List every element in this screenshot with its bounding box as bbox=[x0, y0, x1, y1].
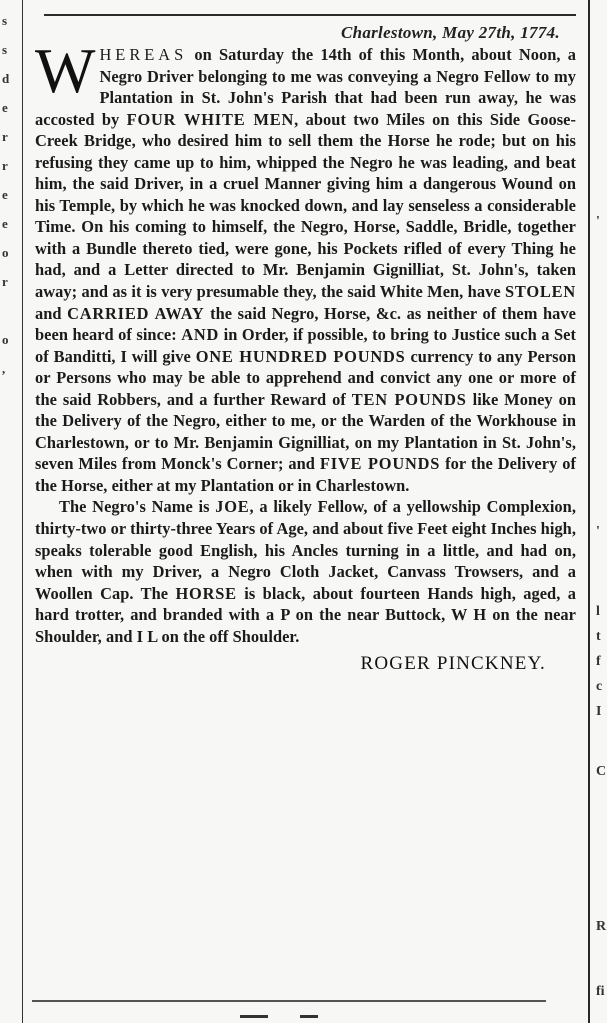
emphasis-caps: ONE HUNDRED POUNDS bbox=[196, 347, 406, 366]
right-fragment-glyph: ' bbox=[596, 520, 600, 544]
left-fragment-glyph: r bbox=[2, 267, 18, 296]
emphasis-caps: TEN POUNDS bbox=[352, 390, 467, 409]
emphasis-caps: CARRIED AWAY bbox=[67, 304, 204, 323]
text-run: , about two Miles on this Side Goose-Cre… bbox=[35, 110, 576, 301]
left-fragment-glyph: e bbox=[2, 180, 18, 209]
left-fragment-glyph: d bbox=[2, 64, 18, 93]
emphasis-caps: HORSE bbox=[175, 584, 236, 603]
article-body: WHEREAS on Saturday the 14th of this Mon… bbox=[35, 44, 576, 647]
emphasis-caps: FOUR WHITE MEN bbox=[127, 110, 295, 129]
left-fragment-glyph: e bbox=[2, 93, 18, 122]
next-article-fragment bbox=[240, 1012, 360, 1020]
paragraph-description: The Negro's Name is JOE, a likely Fellow… bbox=[35, 496, 576, 647]
left-fragment-glyph: o bbox=[2, 325, 18, 354]
right-column-rule bbox=[588, 0, 590, 1023]
left-column-rule bbox=[22, 0, 23, 1023]
right-fragment-glyph: f bbox=[596, 650, 601, 674]
top-separator-rule bbox=[44, 14, 576, 16]
right-fragment-glyph: c bbox=[596, 675, 602, 699]
drop-cap: W bbox=[35, 44, 95, 96]
left-fragment-glyph: s bbox=[2, 6, 18, 35]
left-fragment-glyph: e bbox=[2, 209, 18, 238]
left-fragment-glyph: s bbox=[2, 35, 18, 64]
right-fragment-glyph: fi bbox=[596, 980, 605, 1004]
text-run: The Negro's Name is bbox=[59, 497, 215, 516]
right-fragment-glyph: t bbox=[596, 625, 601, 649]
right-fragment-glyph: ' bbox=[596, 210, 600, 234]
emphasis-caps: FIVE POUNDS bbox=[320, 454, 440, 473]
right-fragment-glyph: I bbox=[596, 700, 601, 724]
right-fragment-glyph: C bbox=[596, 760, 606, 784]
left-fragment-glyph: , bbox=[2, 354, 18, 383]
lead-caps: HEREAS bbox=[99, 45, 187, 64]
left-fragment-glyph: o bbox=[2, 238, 18, 267]
signature: ROGER PINCKNEY. bbox=[35, 653, 576, 675]
advertisement: Charlestown, May 27th, 1774. WHEREAS on … bbox=[35, 22, 576, 675]
left-fragment-glyph: r bbox=[2, 122, 18, 151]
emphasis-caps: JOE bbox=[215, 497, 249, 516]
left-column-fragment: ssderreeoro, bbox=[2, 0, 18, 383]
bottom-separator-rule bbox=[32, 1000, 546, 1002]
text-run: and bbox=[35, 304, 67, 323]
left-fragment-glyph: r bbox=[2, 151, 18, 180]
right-fragment-glyph: l bbox=[596, 600, 600, 624]
paragraph-main: WHEREAS on Saturday the 14th of this Mon… bbox=[35, 44, 576, 496]
emphasis-caps: AND bbox=[181, 325, 219, 344]
emphasis-caps: STOLEN bbox=[505, 282, 576, 301]
dateline: Charlestown, May 27th, 1774. bbox=[35, 22, 576, 44]
left-fragment-glyph bbox=[2, 296, 18, 325]
right-fragment-glyph: R bbox=[596, 915, 606, 939]
